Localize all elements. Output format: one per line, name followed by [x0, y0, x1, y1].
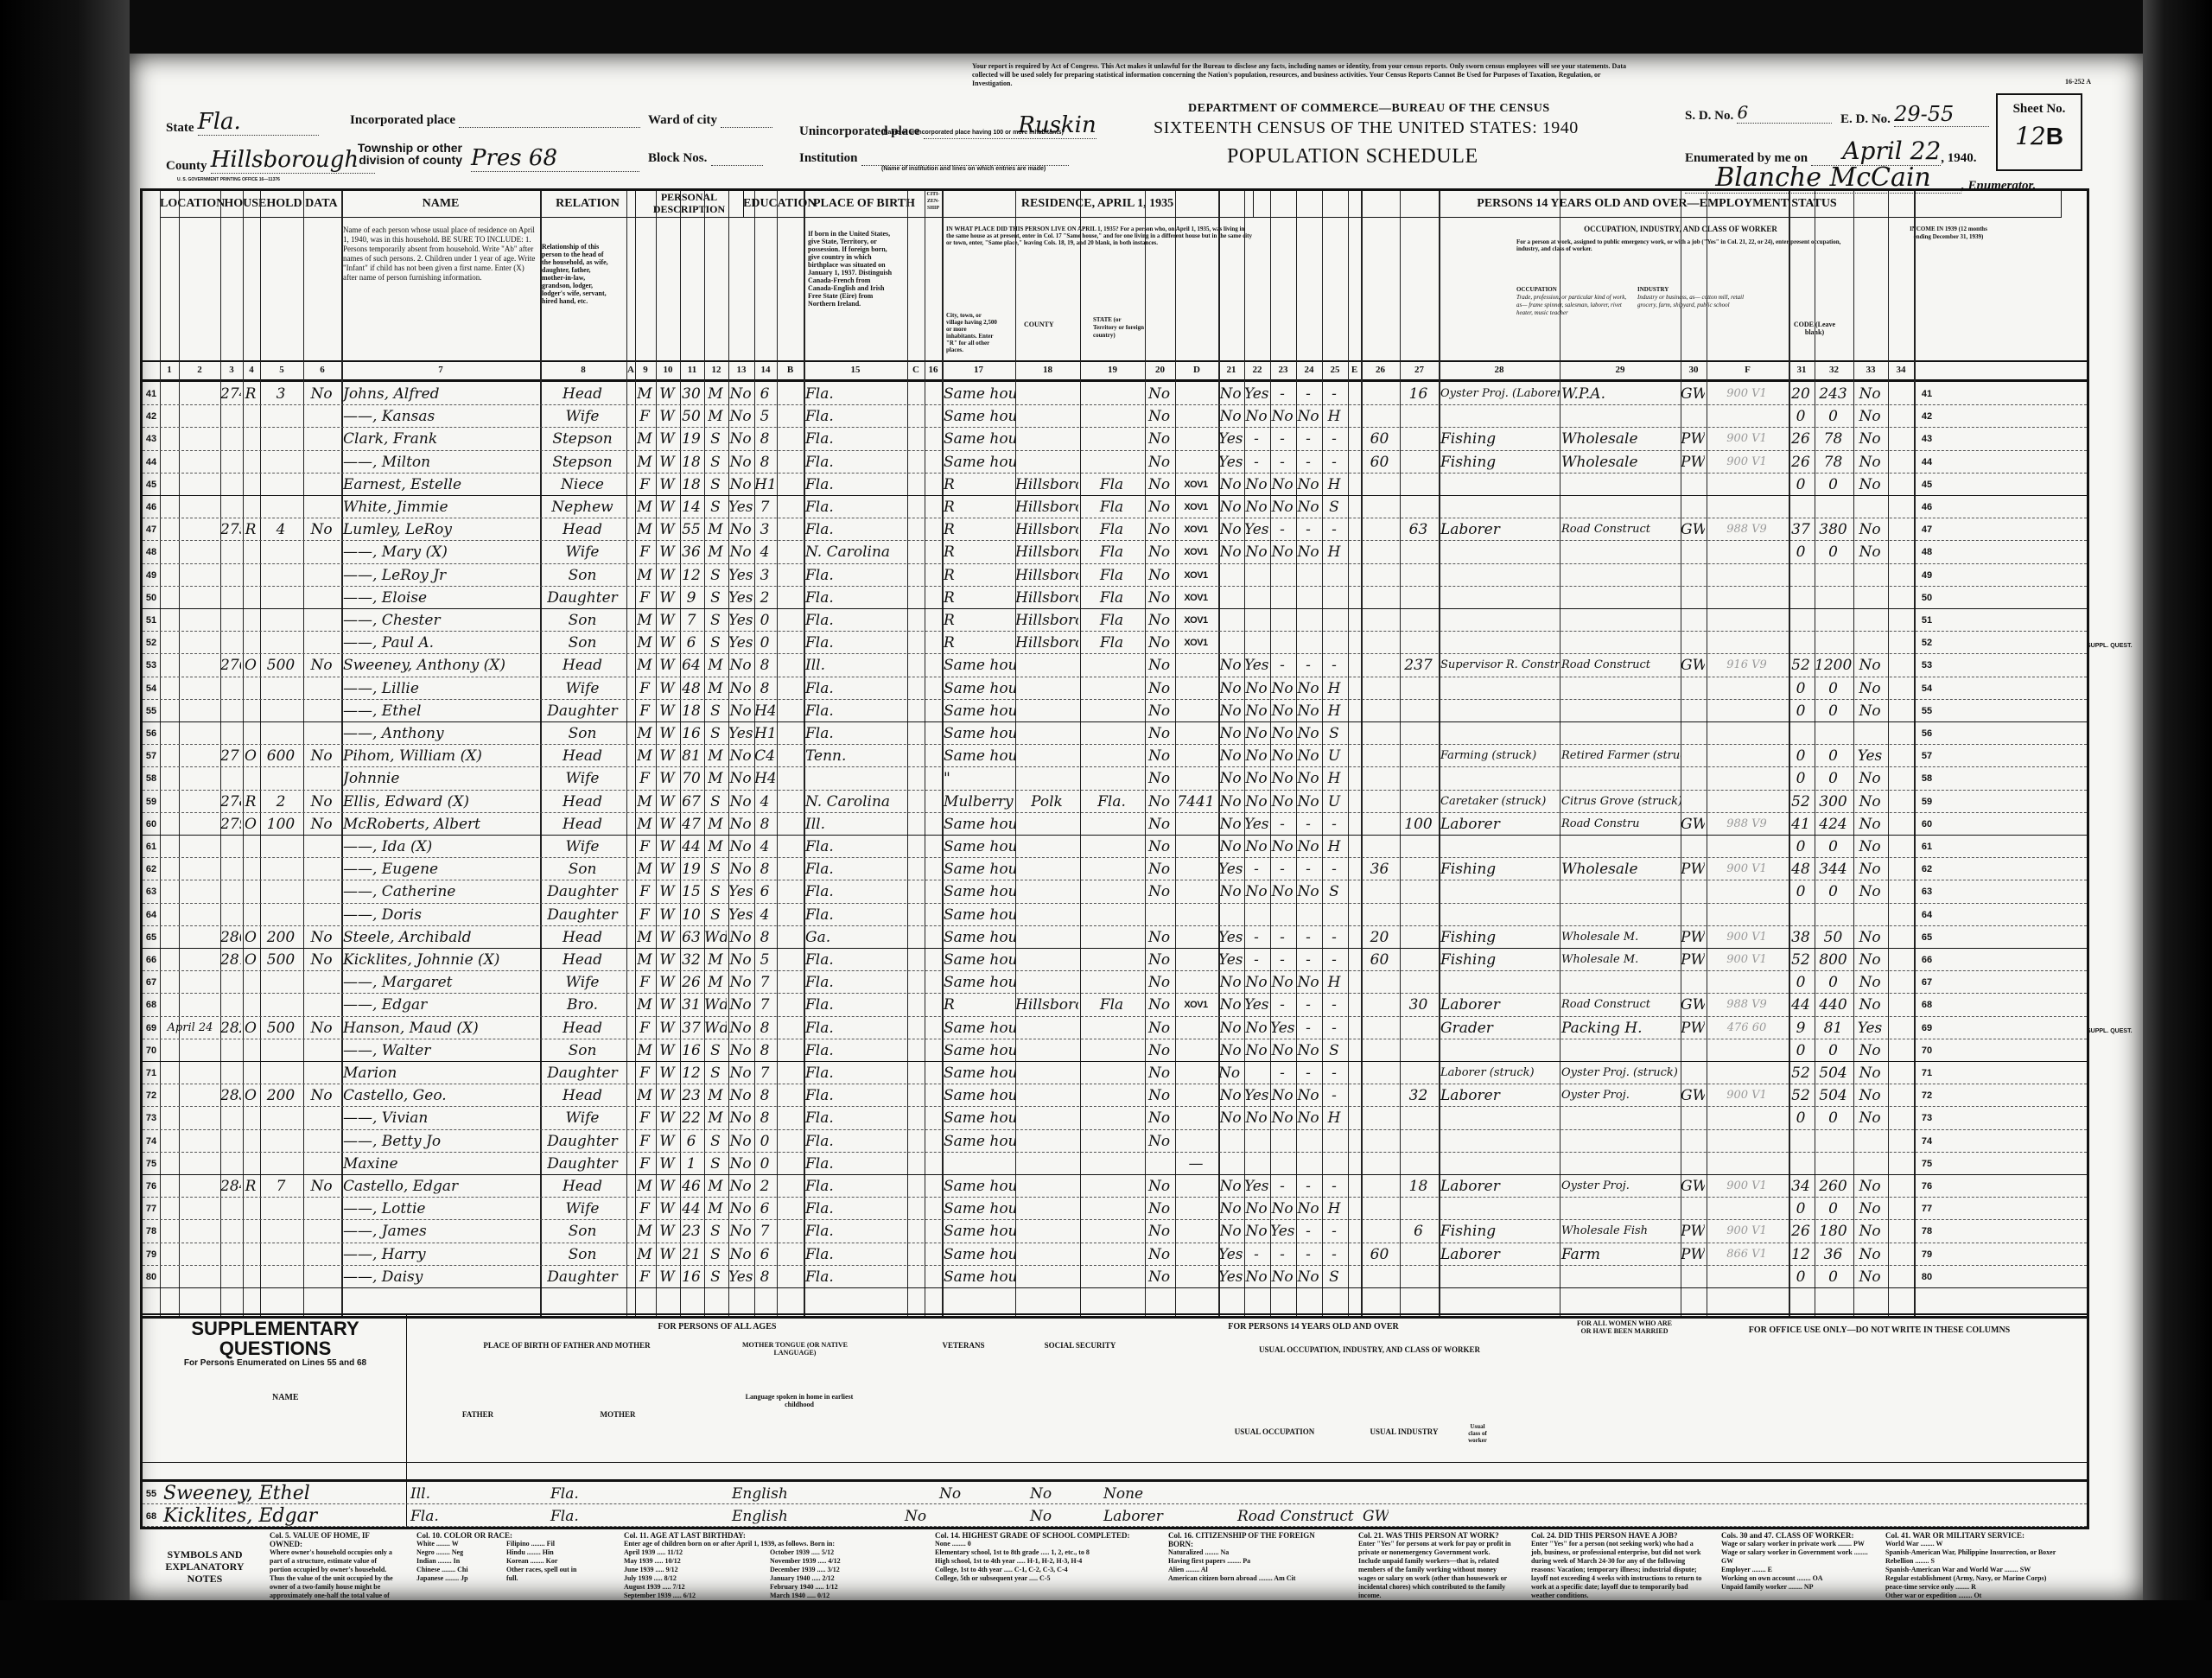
cell-mar: S — [704, 699, 727, 721]
cell-occ: Caretaker (struck) — [1439, 790, 1560, 812]
state-field: State Fla. — [166, 109, 319, 136]
usual-occ-title: USUAL OCCUPATION, INDUSTRY, AND CLASS OF… — [1205, 1345, 1534, 1354]
cell-oth: No — [1853, 1084, 1886, 1106]
table-row: 7474——, Betty JoDaughterFW6SNo0Fla.Same … — [143, 1129, 2087, 1153]
cell-oth: No — [1853, 1197, 1886, 1219]
table-row: 4444——, MiltonStepsonMW18SNo8Fla.Same ho… — [143, 450, 2087, 474]
cell-name: ——, LeRoy Jr — [341, 563, 540, 586]
cell-birth: Fla. — [804, 835, 907, 857]
cell-house: 284 — [220, 1174, 241, 1197]
cell-race: W — [656, 790, 678, 812]
cell-gr: 8 — [754, 427, 775, 449]
cell-county: Hillsboro — [1015, 586, 1078, 608]
cell-birth: Fla. — [804, 721, 907, 744]
cell-mar: Wd — [704, 1016, 727, 1039]
sup-cell-line: 55 — [143, 1482, 160, 1504]
cell-res: Same house — [942, 1129, 1015, 1152]
cell-occ: Fishing — [1439, 925, 1560, 948]
industry-examples: Industry or business, as— cotton mill, r… — [1637, 294, 1744, 308]
cell-name: ——, Harry — [341, 1243, 540, 1265]
notes-title: SYMBOLS AND EXPLANATORY NOTES — [157, 1548, 252, 1585]
cell-c23: No — [1270, 970, 1294, 993]
cell-c21: No — [1218, 495, 1243, 518]
column-number: 22 — [1244, 360, 1270, 379]
note-item: American citizen born abroad ........ Am… — [1168, 1574, 1341, 1583]
cell-wage: 424 — [1815, 812, 1852, 835]
cell-oth: Yes — [1853, 744, 1886, 766]
cell-sex: F — [635, 835, 654, 857]
cell-wage: 0 — [1815, 1039, 1852, 1061]
cell-wage: 243 — [1815, 382, 1852, 404]
note-col21-text: Enter "Yes" for persons at work for pay … — [1358, 1540, 1514, 1600]
cell-wks: 0 — [1789, 1265, 1813, 1287]
cell-sch: No — [728, 1197, 753, 1219]
table-row: 6969282O500NoHanson, Maud (X)HeadFW37WdN… — [143, 1016, 2087, 1039]
cell-wage: 0 — [1815, 835, 1852, 857]
industry-sub-header: INDUSTRYIndustry or business, as— cotton… — [1637, 286, 1750, 309]
line-number: 64 — [1914, 903, 1940, 925]
cell-gr: 7 — [754, 1061, 775, 1084]
cell-mar: S — [704, 1061, 727, 1084]
cell-ind: Oyster Proj. — [1560, 1084, 1681, 1106]
cell-sex: F — [635, 473, 654, 495]
cell-sex: M — [635, 857, 654, 880]
column-number: 33 — [1853, 360, 1888, 379]
line-number: 60 — [143, 812, 160, 835]
cell-c21: No — [1218, 404, 1243, 427]
cell-c25: - — [1322, 1174, 1346, 1197]
cell-ind: Wholesale M. — [1560, 925, 1681, 948]
line-number: 45 — [143, 473, 160, 495]
note-item: Negro ........ Neg — [416, 1548, 499, 1557]
cell-mar: S — [704, 1219, 727, 1242]
note-item: Other races, spell out in full. — [506, 1566, 589, 1583]
county-label: County — [166, 159, 207, 173]
cell-c21: No — [1218, 835, 1243, 857]
line-number: 65 — [1914, 925, 1940, 948]
column-number: 27 — [1400, 360, 1439, 379]
cell-c25: S — [1322, 721, 1346, 744]
cell-c25: H — [1322, 677, 1346, 699]
cell-c24: - — [1296, 1174, 1320, 1197]
cell-gr: 8 — [754, 925, 775, 948]
cell-rel: Wife — [540, 835, 625, 857]
cell-sex: F — [635, 1061, 654, 1084]
relation-instructions: Relationship of this person to the head … — [542, 243, 611, 305]
cell-race: W — [656, 518, 678, 540]
line-number: 78 — [143, 1219, 160, 1242]
cell-county: Hillsboro — [1015, 495, 1078, 518]
cell-race: W — [656, 880, 678, 902]
cell-c24: No — [1296, 880, 1320, 902]
cell-gr: 6 — [754, 880, 775, 902]
cell-c24: - — [1296, 812, 1320, 835]
cell-c25: - — [1322, 427, 1346, 449]
table-row: 5454——, LillieWifeFW48MNo8Fla.Same house… — [143, 677, 2087, 700]
note-item: Unpaid family worker ........ NP — [1721, 1583, 1868, 1592]
cell-cls: PW — [1681, 857, 1705, 880]
cell-farm35: No — [1145, 970, 1173, 993]
cell-name: ——, Ethel — [341, 699, 540, 721]
cell-wks: 0 — [1789, 677, 1813, 699]
cell-value: 600 — [260, 744, 302, 766]
cell-c24: - — [1296, 948, 1320, 970]
cell-rel: Niece — [540, 473, 625, 495]
cell-c21: Yes — [1218, 450, 1243, 473]
cell-wks: 0 — [1789, 1039, 1813, 1061]
cell-birth: Fla. — [804, 948, 907, 970]
line-number: 48 — [1914, 540, 1940, 563]
cell-c25: H — [1322, 1106, 1346, 1128]
cell-wage: 0 — [1815, 744, 1852, 766]
note-col24-text: Enter "Yes" for a person (not seeking wo… — [1531, 1540, 1704, 1600]
column-number: 11 — [680, 360, 704, 379]
line-number: 56 — [143, 721, 160, 744]
supplementary-title: SUPPLEMENTARY QUESTIONS — [148, 1319, 403, 1358]
sup-cell-usual_occ: Laborer — [1102, 1504, 1233, 1527]
cell-sex: M — [635, 450, 654, 473]
cell-mar: M — [704, 404, 727, 427]
cell-sch: No — [728, 1061, 753, 1084]
cell-oth: No — [1853, 948, 1886, 970]
note-col11: Col. 11. AGE AT LAST BIRTHDAY:Enter age … — [624, 1531, 909, 1609]
table-row: 5050——, EloiseDaughterFW9SYes2Fla.RHills… — [143, 586, 2087, 609]
cell-c24: - — [1296, 427, 1320, 449]
cell-farm35: No — [1145, 835, 1173, 857]
cell-c27: 30 — [1400, 993, 1437, 1015]
cell-sch: Yes — [728, 903, 753, 925]
section-education: EDUCATION — [743, 191, 804, 218]
cell-c25: H — [1322, 540, 1346, 563]
cell-house: 281 — [220, 948, 241, 970]
cell-c23: - — [1270, 1243, 1294, 1265]
note-item: Wage or salary worker in Government work… — [1721, 1548, 1868, 1566]
table-row: 6868——, EdgarBro.MW31WdNo7Fla.RHillsboro… — [143, 993, 2087, 1016]
cell-name: Steele, Archibald — [341, 925, 540, 948]
cell-rel: Daughter — [540, 1152, 625, 1174]
cell-value: 200 — [260, 1084, 302, 1106]
note-item: College, 1st to 4th year ..... C-1, C-2,… — [935, 1566, 1151, 1574]
institution-field: Institution — [799, 150, 1069, 166]
cell-name: Johnnie — [341, 766, 540, 789]
line-number: 67 — [143, 970, 160, 993]
cell-age: 50 — [680, 404, 702, 427]
cell-name: ——, Margaret — [341, 970, 540, 993]
table-row: 4949——, LeRoy JrSonMW12SYes3Fla.RHillsbo… — [143, 563, 2087, 587]
cell-sch: No — [728, 1084, 753, 1106]
cell-wage: 0 — [1815, 1197, 1852, 1219]
cell-rel: Son — [540, 631, 625, 653]
cell-rel: Stepson — [540, 450, 625, 473]
cell-c24: No — [1296, 835, 1320, 857]
line-number: 52 — [143, 631, 160, 653]
cell-rel: Nephew — [540, 495, 625, 518]
cell-mar: M — [704, 540, 727, 563]
cell-c26: 60 — [1361, 450, 1398, 473]
cell-house: 274 — [220, 382, 241, 404]
cell-c22: Yes — [1244, 1084, 1268, 1106]
cell-own: O — [243, 653, 258, 676]
cell-farm: No — [303, 744, 340, 766]
cell-wage: 504 — [1815, 1061, 1852, 1084]
census-title: SIXTEENTH CENSUS OF THE UNITED STATES: 1… — [1154, 118, 1579, 138]
cell-c22: No — [1244, 404, 1268, 427]
column-number: 20 — [1145, 360, 1175, 379]
cell-ind: Road Construct — [1560, 518, 1681, 540]
note-item: January 1940 ..... 2/12 — [770, 1574, 909, 1583]
cell-wage: 300 — [1815, 790, 1852, 812]
column-number: 18 — [1015, 360, 1080, 379]
note-item: Employer ........ E — [1721, 1566, 1868, 1574]
cell-occ: Laborer — [1439, 1243, 1560, 1265]
cell-code: 900 V1 — [1707, 925, 1787, 948]
cell-c21: No — [1218, 1106, 1243, 1128]
cell-sex: M — [635, 948, 654, 970]
cell-c21: No — [1218, 744, 1243, 766]
cell-farm35: No — [1145, 790, 1173, 812]
line-number: 50 — [143, 586, 160, 608]
cell-c27: 6 — [1400, 1219, 1437, 1242]
incorporated-label: Incorporated place — [350, 113, 455, 127]
block-label: Block Nos. — [648, 151, 707, 165]
cell-name: ——, Anthony — [341, 721, 540, 744]
sup-cell-soc_sec: No — [1028, 1482, 1060, 1504]
cell-race: W — [656, 1129, 678, 1152]
cell-res: Same house — [942, 1061, 1015, 1084]
cell-sch: No — [728, 1106, 753, 1128]
county-field: County Hillsborough — [166, 147, 375, 174]
cell-rel: Wife — [540, 1106, 625, 1128]
cell-mar: M — [704, 970, 727, 993]
cell-age: 18 — [680, 473, 702, 495]
cell-c21: No — [1218, 812, 1243, 835]
cell-cls: PW — [1681, 925, 1705, 948]
cell-rel: Son — [540, 857, 625, 880]
cell-c22: Yes — [1244, 1174, 1268, 1197]
cell-state: Fla — [1080, 518, 1143, 540]
cell-farm35: No — [1145, 1129, 1173, 1152]
sup-cell-veteran: No — [903, 1504, 939, 1527]
cell-mar: M — [704, 653, 727, 676]
cell-name: ——, Eugene — [341, 857, 540, 880]
cell-wks: 0 — [1789, 404, 1813, 427]
birth-instructions: If born in the United States, give State… — [808, 230, 894, 308]
cell-oth: No — [1853, 970, 1886, 993]
cell-mar: M — [704, 677, 727, 699]
cell-birth: Fla. — [804, 1197, 907, 1219]
column-number: 26 — [1361, 360, 1400, 379]
cell-wks: 12 — [1789, 1243, 1813, 1265]
sup-name-header: NAME — [272, 1393, 299, 1402]
cell-res: Mulberry — [942, 790, 1015, 812]
cell-rel: Wife — [540, 404, 625, 427]
line-number: 73 — [143, 1106, 160, 1128]
cell-c21: Yes — [1218, 948, 1243, 970]
cell-age: 81 — [680, 744, 702, 766]
line-number: 58 — [143, 766, 160, 789]
section-household: HOUSEHOLD DATA — [220, 191, 342, 218]
line-number: 62 — [1914, 857, 1940, 880]
cell-wks: 52 — [1789, 948, 1813, 970]
cell-wks: 0 — [1789, 540, 1813, 563]
cell-rel: Wife — [540, 540, 625, 563]
column-number: 32 — [1815, 360, 1853, 379]
line-number: 75 — [143, 1152, 160, 1174]
cell-rel: Son — [540, 1039, 625, 1061]
cell-value: 200 — [260, 925, 302, 948]
cell-name: ——, Vivian — [341, 1106, 540, 1128]
cell-oth: No — [1853, 857, 1886, 880]
cell-c23: - — [1270, 948, 1294, 970]
cell-name: ——, Chester — [341, 608, 540, 631]
cell-res: Same house — [942, 1174, 1015, 1197]
cell-wks: 20 — [1789, 382, 1813, 404]
cell-state: Fla. — [1080, 790, 1143, 812]
cell-d: XOV1 — [1175, 563, 1217, 586]
table-row: 5858JohnnieWifeFW70MNoH4"NoNoNoNoNoH00No — [143, 766, 2087, 790]
line-number: 80 — [1914, 1265, 1940, 1287]
cell-farm35: No — [1145, 880, 1173, 902]
cell-mar: S — [704, 790, 727, 812]
cell-c24: - — [1296, 450, 1320, 473]
cell-farm35: No — [1145, 450, 1173, 473]
cell-wage: 0 — [1815, 1265, 1852, 1287]
cell-county: Hillsboro — [1015, 608, 1078, 631]
cell-farm: No — [303, 925, 340, 948]
cell-res: Same house — [942, 903, 1015, 925]
cell-res: R — [942, 495, 1015, 518]
cell-code: 916 V9 — [1707, 653, 1787, 676]
cell-farm: No — [303, 518, 340, 540]
cell-sch: Yes — [728, 586, 753, 608]
cell-rel: Son — [540, 563, 625, 586]
cell-code: 900 V1 — [1707, 450, 1787, 473]
column-number: 15 — [804, 360, 907, 379]
cell-birth: Fla. — [804, 382, 907, 404]
cell-c23: No — [1270, 677, 1294, 699]
cell-wks: 41 — [1789, 812, 1813, 835]
cell-race: W — [656, 1152, 678, 1174]
cell-birth: Fla. — [804, 993, 907, 1015]
cell-sch: No — [728, 1174, 753, 1197]
table-row: 7373——, VivianWifeFW22MNo8Fla.Same house… — [143, 1106, 2087, 1129]
cell-gr: 8 — [754, 653, 775, 676]
line-number: 74 — [1914, 1129, 1940, 1152]
cell-sch: No — [728, 677, 753, 699]
sheet-side: B — [2046, 123, 2063, 149]
cell-ind: Citrus Grove (struck) — [1560, 790, 1681, 812]
cell-farm: No — [303, 790, 340, 812]
cell-res: Same house — [942, 721, 1015, 744]
cell-occ: Fishing — [1439, 857, 1560, 880]
line-number: 51 — [143, 608, 160, 631]
cell-c23: Yes — [1270, 1016, 1294, 1039]
cell-mar: M — [704, 948, 727, 970]
table-row: 6161——, Ida (X)WifeFW44MNo4Fla.Same hous… — [143, 835, 2087, 858]
cell-c22: No — [1244, 1016, 1268, 1039]
cell-c23: No — [1270, 766, 1294, 789]
note-item: None ........ 0 — [935, 1540, 1151, 1548]
section-location: LOCATION — [160, 191, 221, 218]
table-row: 5757277O600NoPihom, William (X)HeadMW81M… — [143, 744, 2087, 767]
cell-house: 276 — [220, 653, 241, 676]
cell-c23: No — [1270, 699, 1294, 721]
cell-mar: S — [704, 495, 727, 518]
mother-tongue-sub: Language spoken in home in earliest chil… — [739, 1393, 860, 1408]
cell-c22: - — [1244, 1243, 1268, 1265]
cell-occ: Fishing — [1439, 948, 1560, 970]
ward-label: Ward of city — [648, 113, 717, 127]
note-item: Elementary school, 1st to 8th grade ....… — [935, 1548, 1151, 1557]
ed-value: 29-55 — [1894, 102, 1954, 126]
cell-sex: M — [635, 744, 654, 766]
cell-ind: Oyster Proj. (struck) — [1560, 1061, 1681, 1084]
cell-own: R — [243, 382, 258, 404]
cell-sch: No — [728, 766, 753, 789]
cell-cls: GW — [1681, 382, 1705, 404]
cell-c23: No — [1270, 880, 1294, 902]
cell-race: W — [656, 812, 678, 835]
cell-gr: C4 — [754, 744, 775, 766]
cell-race: W — [656, 1106, 678, 1128]
explanatory-notes: SYMBOLS AND EXPLANATORY NOTES Col. 5. VA… — [140, 1531, 2084, 1605]
cell-occ: Fishing — [1439, 427, 1560, 449]
cell-state: Fla — [1080, 586, 1143, 608]
cell-value: 500 — [260, 653, 302, 676]
note-item: Japanese ........ Jp — [416, 1574, 499, 1583]
cell-oth: No — [1853, 835, 1886, 857]
cell-res: R — [942, 631, 1015, 653]
table-row: 4141274R3NoJohns, AlfredHeadMW30MNo6Fla.… — [143, 382, 2087, 405]
cell-c22: - — [1244, 925, 1268, 948]
cell-race: W — [656, 608, 678, 631]
cell-c21: No — [1218, 970, 1243, 993]
cell-age: 6 — [680, 631, 702, 653]
cell-wage: 50 — [1815, 925, 1852, 948]
cell-birth: N. Carolina — [804, 790, 907, 812]
occupation-examples: Trade, profession, or particular kind of… — [1516, 294, 1626, 316]
cell-sch: No — [728, 993, 753, 1015]
cell-farm35: No — [1145, 1016, 1173, 1039]
column-number: 31 — [1789, 360, 1815, 379]
veterans-header: VETERANS — [903, 1341, 1024, 1350]
cell-age: 48 — [680, 677, 702, 699]
table-row: 6666281O500NoKicklites, Johnnie (X)HeadM… — [143, 948, 2087, 971]
note-item: College, 5th or subsequent year ..... C-… — [935, 1574, 1151, 1583]
cell-c23: - — [1270, 1174, 1294, 1197]
cell-age: 44 — [680, 1197, 702, 1219]
cell-value: 2 — [260, 790, 302, 812]
cell-name: Ellis, Edward (X) — [341, 790, 540, 812]
cell-mar: M — [704, 812, 727, 835]
cell-sex: F — [635, 1152, 654, 1174]
cell-c24: No — [1296, 970, 1320, 993]
cell-farm: No — [303, 653, 340, 676]
county-value: Hillsborough — [211, 147, 359, 173]
cell-wks: 0 — [1789, 835, 1813, 857]
cell-gr: 8 — [754, 1084, 775, 1106]
cell-c25: - — [1322, 518, 1346, 540]
cell-c23: No — [1270, 495, 1294, 518]
cell-occ: Laborer — [1439, 518, 1560, 540]
cell-wks: 52 — [1789, 653, 1813, 676]
supplementary-row: 55Sweeney, EthelIll.Fla.EnglishNoNoNone — [143, 1482, 2087, 1504]
line-number: 70 — [143, 1039, 160, 1061]
cell-age: 6 — [680, 1129, 702, 1152]
table-row: 7777——, LottieWifeFW44MNo6Fla.Same house… — [143, 1197, 2087, 1220]
cell-c23: No — [1270, 721, 1294, 744]
cell-race: W — [656, 1061, 678, 1084]
